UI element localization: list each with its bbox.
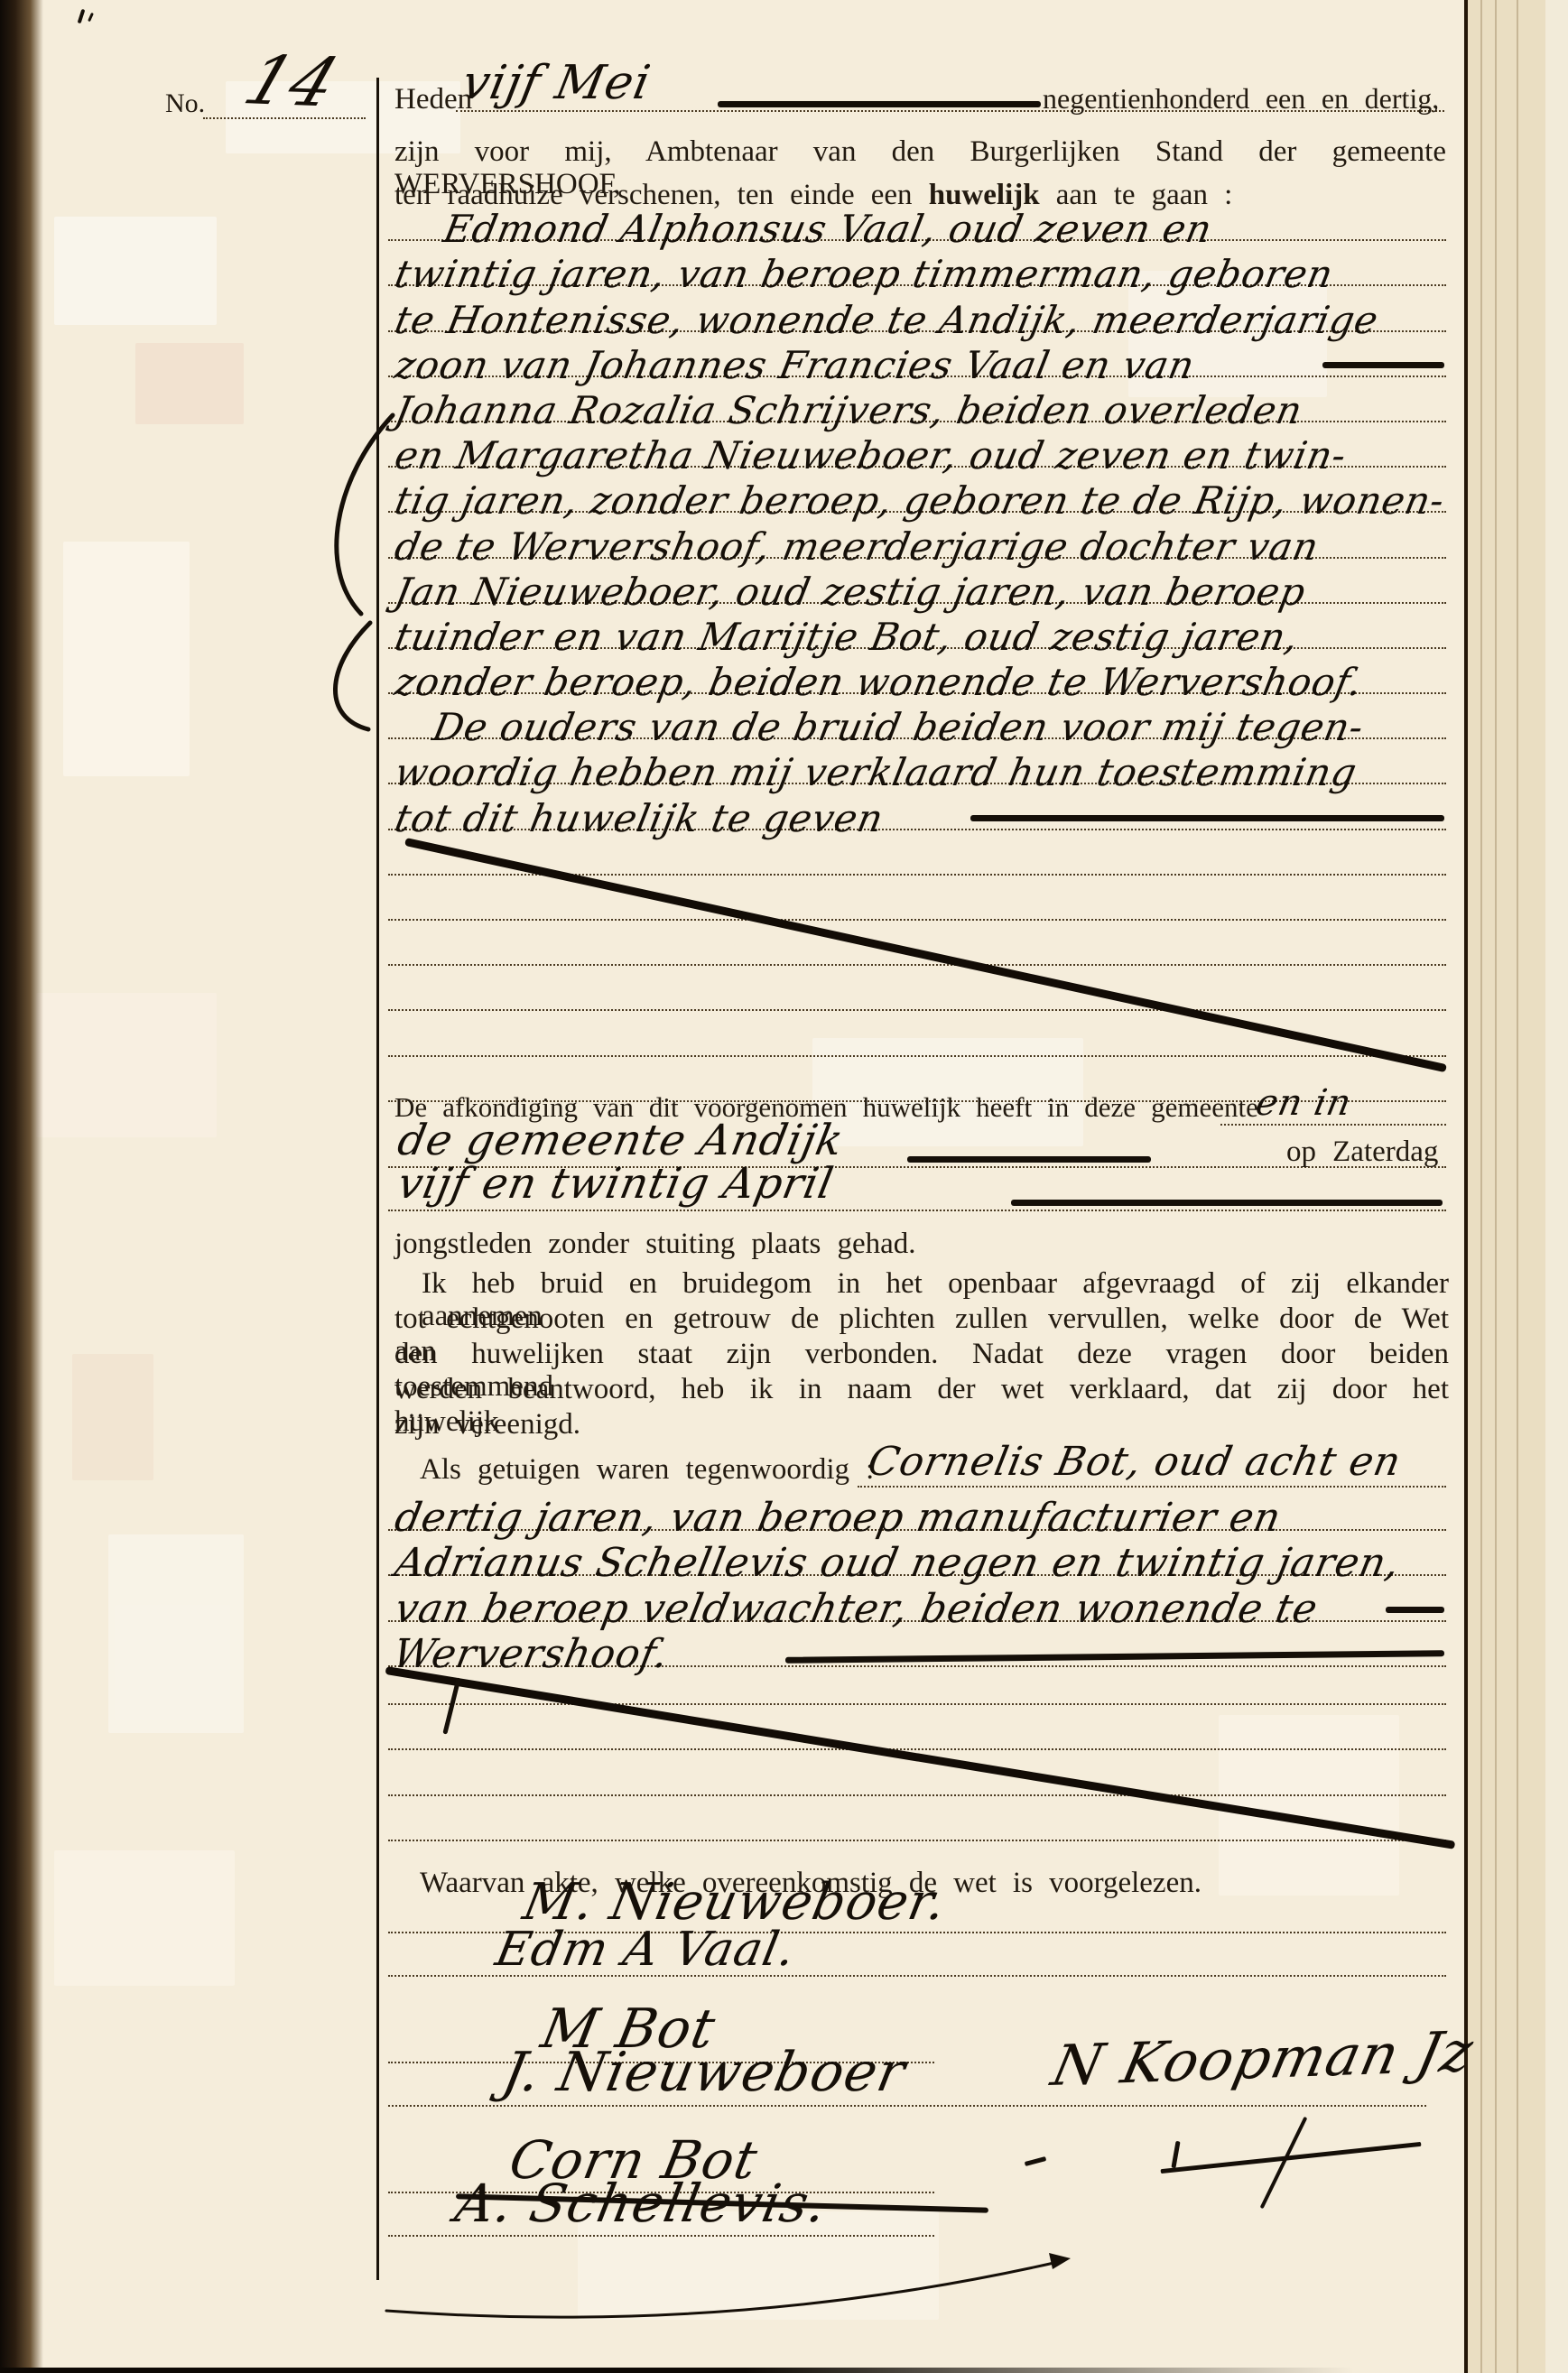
- pen-mark: [1025, 2156, 1046, 2166]
- handwritten-body-block: Edmond Alphonsus Vaal, oud zeven en twin…: [388, 196, 1446, 1102]
- filler-dash: [1386, 1607, 1444, 1613]
- signature-rule: [388, 2235, 934, 2237]
- body-line: zoon van Johannes Francies Vaal en van: [388, 332, 1446, 377]
- signature-official-descender: [1260, 2117, 1308, 2209]
- signature-m-nieuweboer: M. Nieuweboer.: [519, 1877, 951, 1928]
- witnesses-block: dertig jaren, van beroep manufacturier e…: [388, 1486, 1446, 1667]
- signature-a-schellevis: A. Schellevis.: [451, 2177, 831, 2229]
- announcement-filler-line2: [1011, 1200, 1443, 1206]
- header-year: negentienhonderd een en dertig,: [1043, 83, 1439, 115]
- empty-ruled-line: [388, 921, 1446, 966]
- body-line: Edmond Alphonsus Vaal, oud zeven en: [388, 196, 1446, 241]
- signature-j-nieuweboer: J. Nieuweboer: [498, 2045, 910, 2100]
- page-edge-line: [1464, 0, 1468, 2373]
- marriage-certificate-page: No. 14 Heden vijf Mei negentienhonderd e…: [0, 0, 1568, 2373]
- page-bottom-edge: [0, 2368, 1354, 2373]
- declaration-line-last: zijn vereenigd.: [394, 1408, 580, 1441]
- pen-mark: [88, 13, 94, 22]
- pen-mark: [78, 9, 86, 23]
- record-number-label: No.: [165, 88, 205, 118]
- page-edge-streak: [1480, 0, 1482, 2373]
- bottom-pen-flourish: [379, 2246, 1092, 2331]
- book-gutter-edge: [0, 0, 43, 2373]
- body-line: twintig jaren, van beroep timmerman, geb…: [388, 241, 1446, 286]
- empty-ruled-line: [388, 1705, 1446, 1750]
- witness-line: Adrianus Schellevis oud negen en twintig…: [388, 1531, 1446, 1576]
- filler-dash: [1322, 362, 1444, 368]
- filler-line: [970, 815, 1444, 821]
- body-line: tuinder en van Marijtje Bot, oud zestig …: [388, 604, 1446, 649]
- body-line: en Margaretha Nieuweboer, oud zeven en t…: [388, 422, 1446, 468]
- body-line: de te Wervershoof, meerderjarige dochter…: [388, 513, 1446, 558]
- header-filler-line: [718, 101, 1041, 107]
- page-edge-streak: [1495, 0, 1497, 2373]
- announcement-line1-handwritten: en in: [1253, 1085, 1354, 1121]
- announcement-line4: jongstleden zonder stuiting plaats gehad…: [394, 1228, 916, 1260]
- body-line: Jan Nieuweboer, oud zestig jaren, van be…: [388, 559, 1446, 604]
- paper-artifact: [54, 1850, 235, 1986]
- announcement-gemeente-handwritten: de gemeente Andijk: [394, 1119, 847, 1162]
- body-line: te Hontenisse, wonende te Andijk, meerde…: [388, 286, 1446, 331]
- header-date-handwritten: vijf Mei: [459, 60, 654, 107]
- empty-ruled-line: [388, 966, 1446, 1011]
- page-edge-outer: [1545, 0, 1568, 2373]
- signature-rule: [388, 2105, 1426, 2107]
- announcement-line3-rule: [388, 1210, 1446, 1211]
- paper-artifact: [108, 1534, 244, 1733]
- body-line: zonder beroep, beiden wonende te Wervers…: [388, 649, 1446, 694]
- paper-artifact: [54, 217, 217, 325]
- body-line: woordig hebben mij verklaard hun toestem…: [388, 739, 1446, 784]
- announcement-filler-line: [907, 1156, 1151, 1163]
- announcement-date-handwritten: vijf en twintig April: [394, 1163, 837, 1205]
- body-line: tot dit huwelijk te geven: [388, 784, 1446, 830]
- page-edge-streak: [1517, 0, 1518, 2373]
- signature-official: N Koopman Jz: [1047, 2024, 1479, 2094]
- announcement-line1-rule: [1220, 1124, 1446, 1126]
- paper-artifact: [63, 542, 190, 776]
- announcement-op-zaterdag: op Zaterdag: [1286, 1136, 1438, 1168]
- body-line: De ouders van de bruid beiden voor mij t…: [388, 694, 1446, 739]
- witness-line: dertig jaren, van beroep manufacturier e…: [388, 1486, 1446, 1531]
- body-line: Johanna Rozalia Schrijvers, beiden overl…: [388, 377, 1446, 422]
- witnesses-intro: Als getuigen waren tegenwoordig :: [420, 1453, 874, 1486]
- paper-artifact: [36, 993, 217, 1137]
- body-line: tig jaren, zonder beroep, geboren te de …: [388, 468, 1446, 513]
- paper-artifact: [135, 343, 244, 424]
- witness-line-text: Cornelis Bot, oud acht en: [865, 1442, 1405, 1482]
- empty-ruled-line: [388, 876, 1446, 921]
- page-right-edge: [1464, 0, 1568, 2373]
- pen-mark: [1171, 2141, 1180, 2168]
- paper-artifact: [72, 1354, 153, 1480]
- witness-line: van beroep veldwachter, beiden wonende t…: [388, 1576, 1446, 1621]
- margin-pen-flourish: [307, 397, 406, 740]
- signature-edm-a-vaal: Edm A Vaal.: [492, 1926, 800, 1973]
